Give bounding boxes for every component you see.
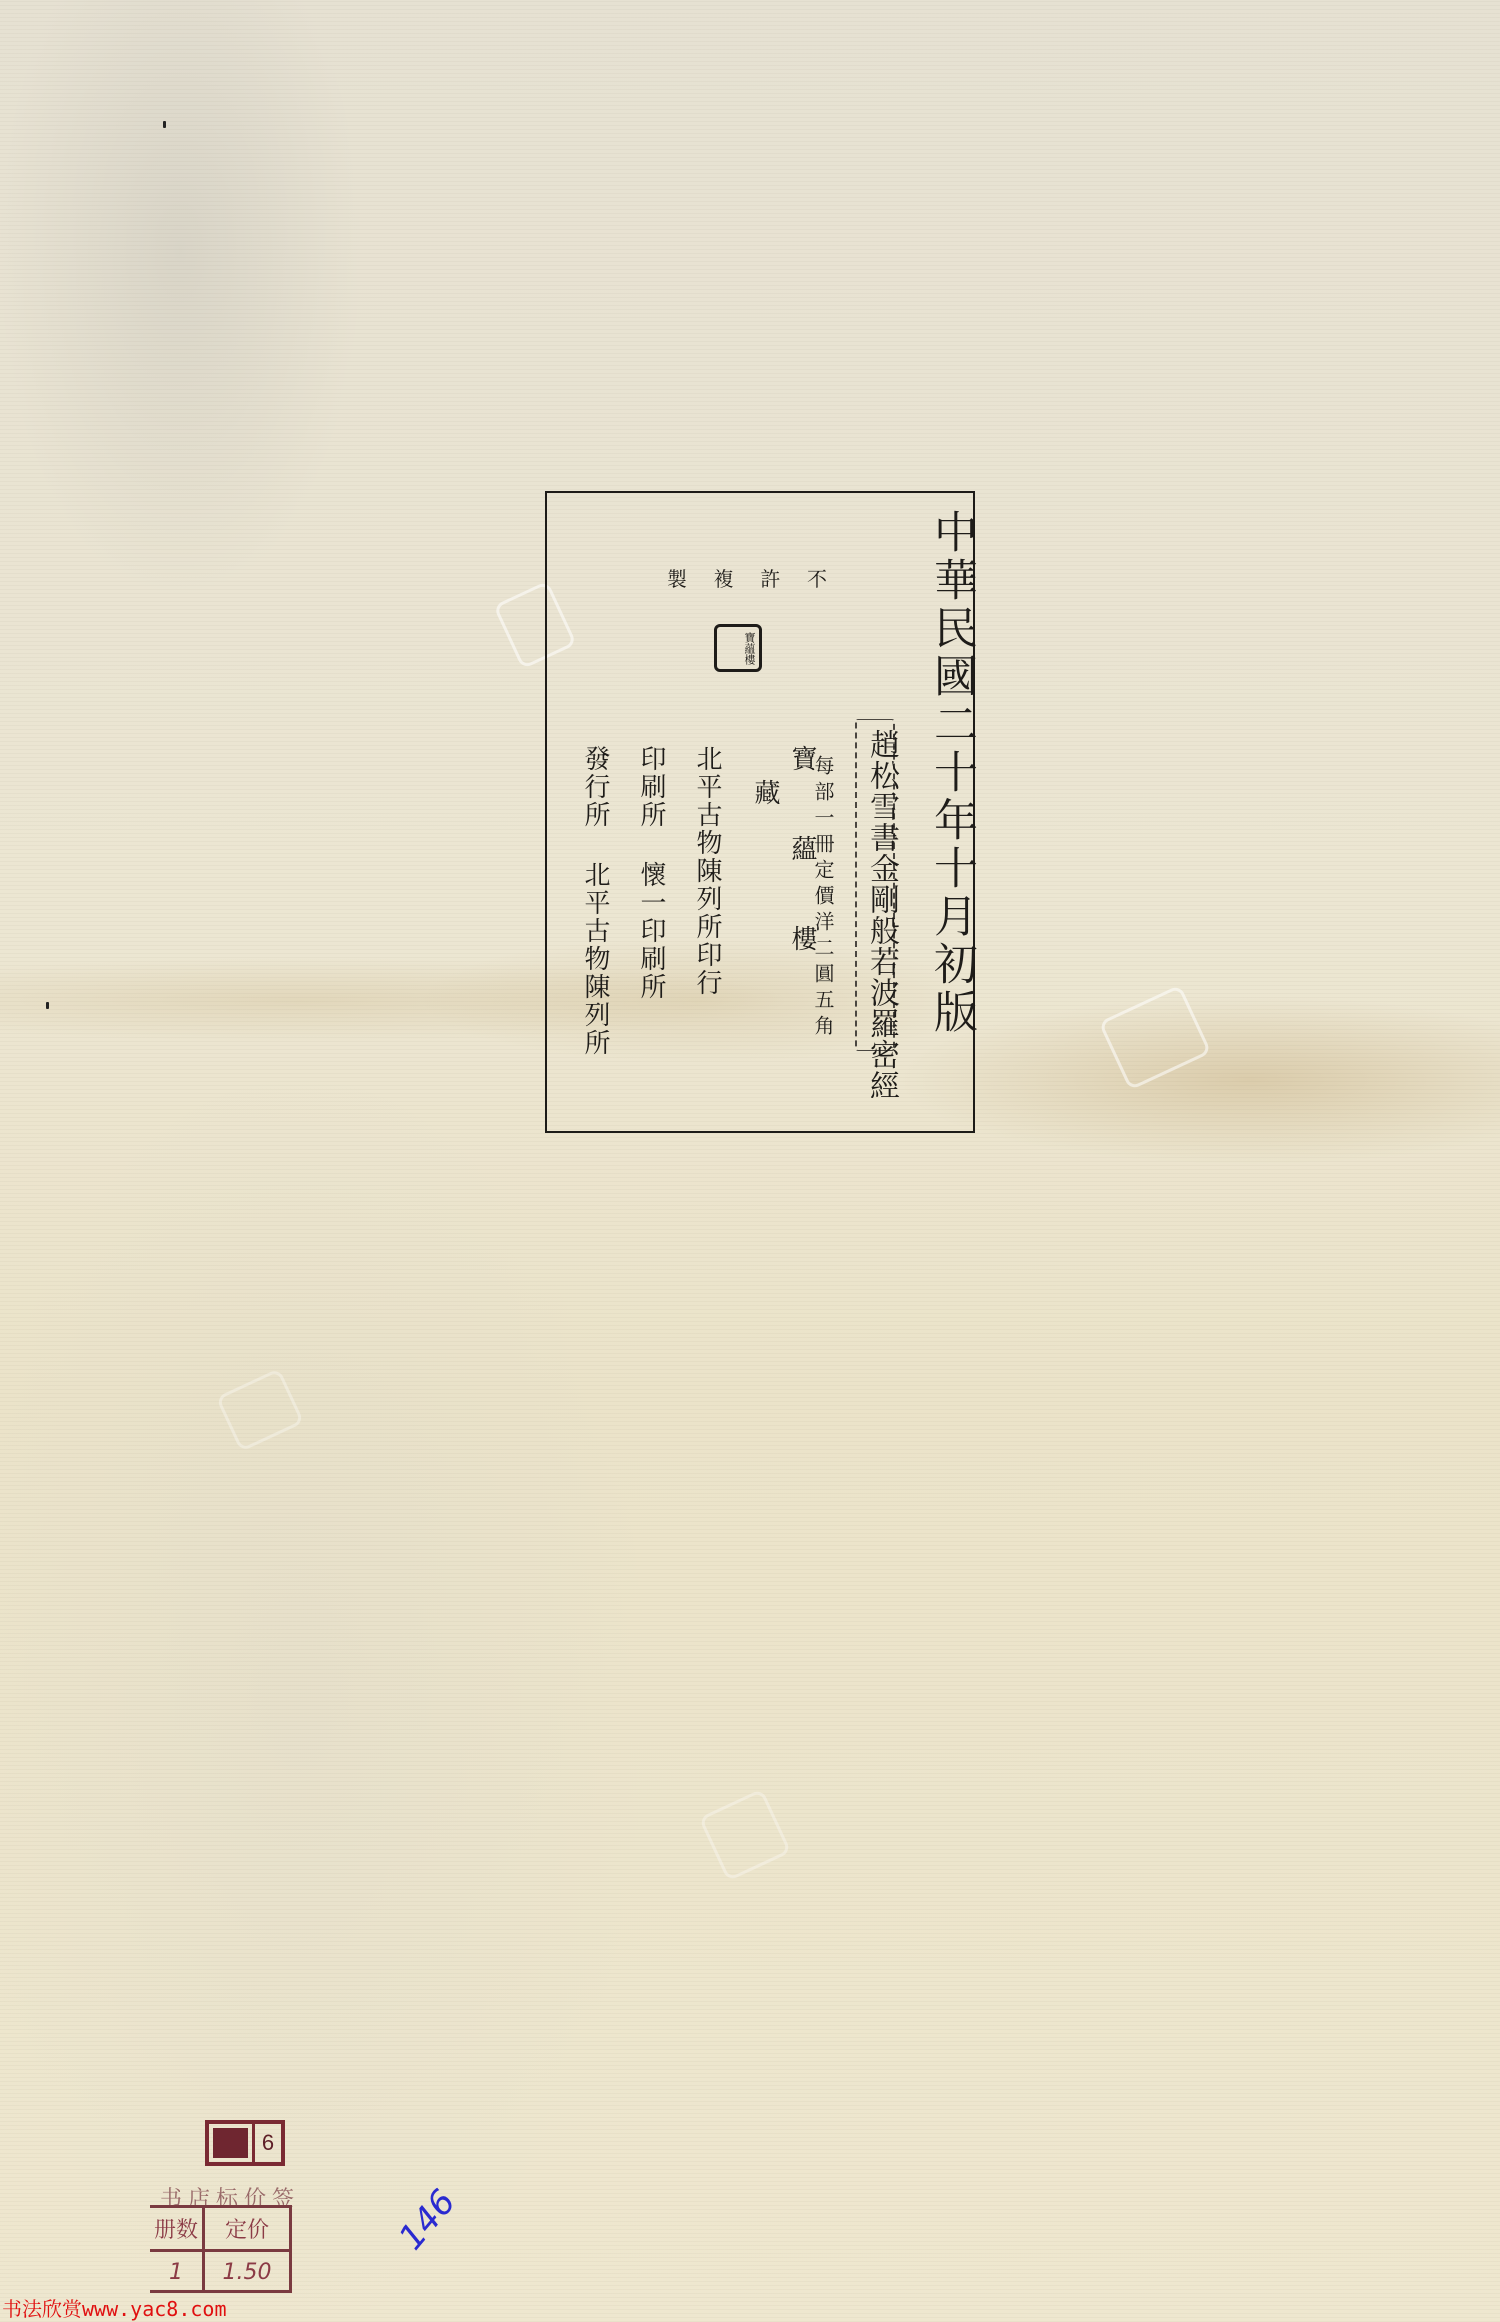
publisher-seal-icon: 寶蘊樓 — [714, 624, 762, 672]
owner-verb: 藏 — [747, 779, 784, 1015]
aged-paper-background — [0, 0, 1500, 2322]
copyright-char: 複 — [714, 563, 734, 592]
price-label: 定价 — [205, 2208, 289, 2249]
site-watermark: 书法欣赏www.yac8.com — [2, 2293, 227, 2322]
edition-date: 中華民國二十年十月初版 — [919, 509, 983, 1037]
publisher-line: 發行所 北平古物陳列所 — [577, 745, 614, 1057]
price-label-table: 册数 定价 1 1.50 — [150, 2205, 292, 2293]
stamp-header-row: 册数 定价 — [150, 2208, 289, 2249]
stamp-glyph-icon — [213, 2128, 248, 2158]
bookstore-stamp-box: 6 — [205, 2120, 285, 2166]
copyright-char: 製 — [667, 563, 687, 592]
quantity-value: 1 — [150, 2252, 205, 2293]
stamp-box-number: 6 — [252, 2124, 281, 2162]
owner-name: 寶蘊樓 — [784, 745, 821, 1015]
collection-owner: 寶蘊樓 藏 — [747, 745, 821, 1015]
printing-house-line: 印刷所 懷一印刷所 — [633, 745, 670, 1001]
copyright-char: 不 — [807, 563, 827, 592]
colophon-frame: 中華民國二十年十月初版 趙松雪書金剛般若波羅密經 每部一冊定價洋二圓五角 寶蘊樓… — [545, 491, 975, 1133]
stamp-value-row: 1 1.50 — [150, 2249, 289, 2293]
printer-line: 北平古物陳列所印行 — [689, 745, 726, 997]
ink-speck — [46, 1002, 49, 1009]
copyright-char: 許 — [760, 563, 780, 592]
price-value: 1.50 — [205, 2252, 289, 2293]
book-title: 趙松雪書金剛般若波羅密經 — [859, 729, 903, 1101]
ink-speck — [163, 121, 166, 128]
copyright-notice: 不 許 複 製 — [667, 563, 827, 592]
quantity-label: 册数 — [150, 2208, 205, 2249]
